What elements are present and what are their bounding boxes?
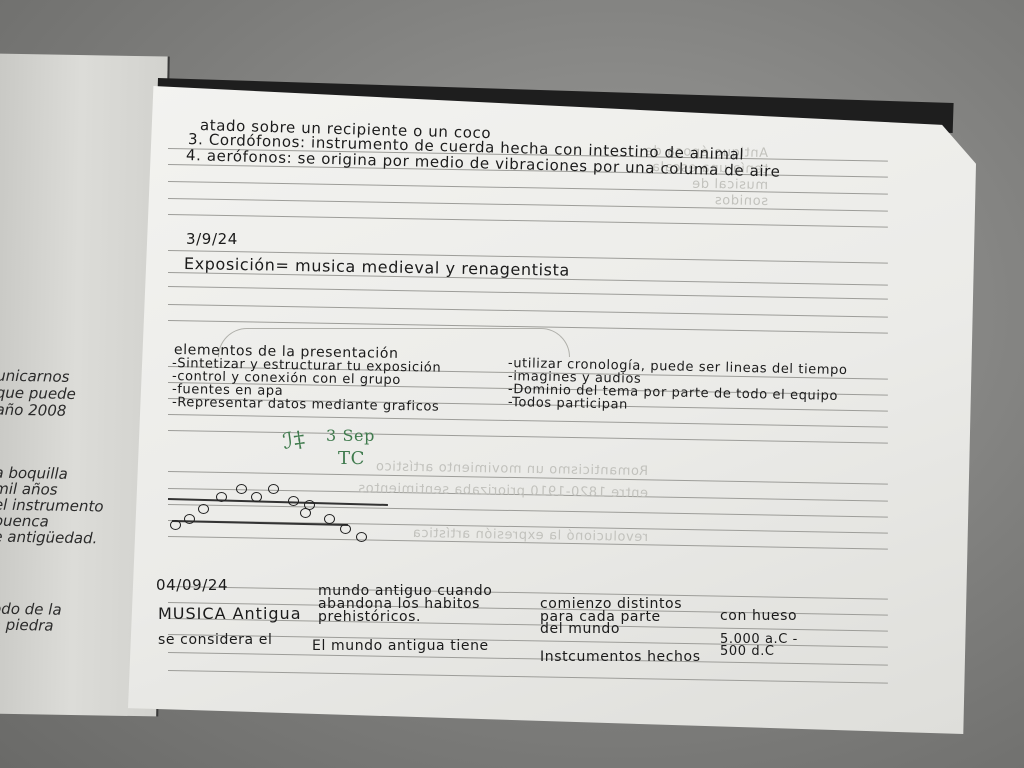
bleed-through-text: revolucionó la expresión artística [412, 526, 648, 545]
entry-date: 04/09/24 [156, 576, 228, 594]
ruled-line [168, 504, 888, 518]
left-page-line: año 2008 [0, 401, 67, 420]
entry-title: Exposición= musica medieval y renagentis… [184, 254, 570, 280]
table-cell: El mundo antigua tiene [312, 638, 489, 654]
bleed-through-text: sonidos [714, 193, 768, 209]
music-note-icon [340, 524, 351, 534]
table-cell: con hueso [720, 608, 797, 624]
teacher-annotation-date: 3 Sep [326, 426, 375, 445]
music-note-icon [300, 508, 311, 518]
left-page-line: a piedra [0, 616, 54, 635]
ruled-line [168, 181, 888, 195]
table-cell: prehistóricos. [318, 609, 421, 625]
teacher-annotation-initials: TC [338, 448, 365, 469]
music-note-icon [236, 484, 247, 494]
table-cell: Instcumentos hechos [540, 649, 701, 665]
ruled-line [168, 286, 888, 300]
teacher-mark-icon: ℐ‡ [281, 427, 307, 455]
left-page-line: e antigüedad. [0, 528, 97, 548]
music-note-icon [356, 532, 367, 542]
entry-title: MUSICA Antigua [158, 604, 302, 623]
list-item: -Representar datos mediante graficos [172, 395, 440, 415]
music-note-icon [251, 492, 262, 502]
ruled-line [168, 652, 888, 666]
bleed-through-text: entre 1820-1910 priorizaba sentimientos [358, 481, 648, 501]
entry-date: 3/9/24 [186, 230, 238, 248]
music-note-icon [198, 504, 209, 514]
right-notebook-page: Antiguo época de tenía una escala musica… [128, 86, 976, 734]
music-note-icon [184, 514, 195, 524]
ruled-line [168, 214, 888, 228]
left-page-line: e [0, 637, 1, 655]
ruled-line [168, 670, 888, 684]
ruled-line [168, 586, 888, 600]
music-note-icon [288, 496, 299, 506]
music-note-icon [170, 520, 181, 530]
music-note-icon [324, 514, 335, 524]
ruled-line [168, 304, 888, 318]
table-cell: del mundo [540, 621, 620, 637]
list-item: -Todos participan [508, 395, 628, 413]
ruled-line [168, 414, 888, 428]
music-note-icon [216, 492, 227, 502]
music-note-icon [268, 484, 279, 494]
ruled-line [168, 430, 888, 444]
table-cell: se considera el [158, 632, 272, 648]
ruled-line [168, 198, 888, 212]
table-cell: 500 d.C [720, 644, 775, 659]
